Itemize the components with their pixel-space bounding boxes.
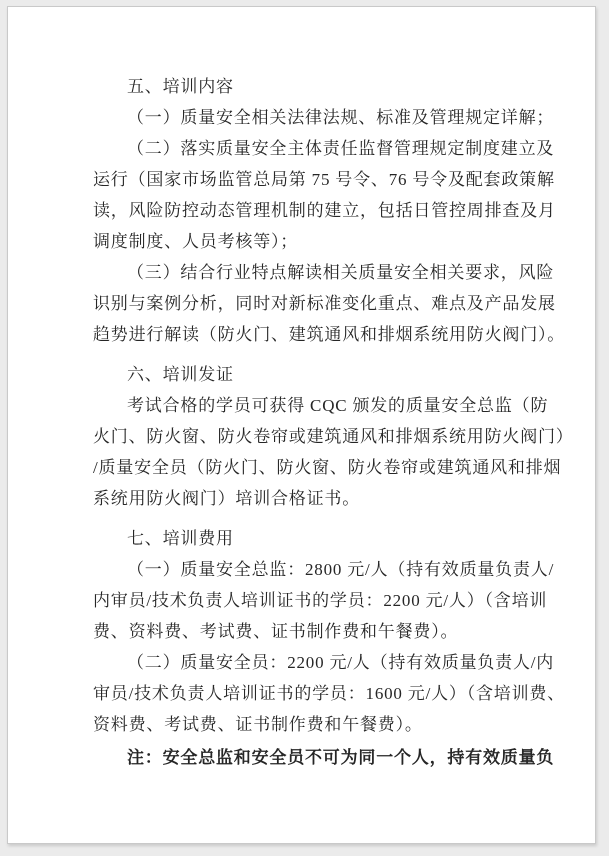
section-heading-training-content: 五、培训内容 <box>93 71 535 102</box>
doc-line: （二）落实质量安全主体责任监督管理规定制度建立及 <box>93 133 535 164</box>
doc-line: （一）质量安全相关法律法规、标准及管理规定详解； <box>93 102 535 133</box>
document-page: 五、培训内容 （一）质量安全相关法律法规、标准及管理规定详解； （二）落实质量安… <box>7 6 596 844</box>
document-text-block: 五、培训内容 （一）质量安全相关法律法规、标准及管理规定详解； （二）落实质量安… <box>8 7 595 773</box>
section-heading-fees: 七、培训费用 <box>93 523 535 554</box>
doc-line: /质量安全员（防火门、防火窗、防火卷帘或建筑通风和排烟 <box>93 452 535 483</box>
doc-line: （一）质量安全总监：2800 元/人（持有效质量负责人/ <box>93 554 535 585</box>
doc-line: 资料费、考试费、证书制作费和午餐费）。 <box>93 709 535 740</box>
doc-note-line: 注：安全总监和安全员不可为同一个人，持有效质量负 <box>93 742 535 773</box>
section-heading-certification: 六、培训发证 <box>93 359 535 390</box>
doc-line: 识别与案例分析，同时对新标准变化重点、难点及产品发展 <box>93 288 535 319</box>
doc-line: 调度制度、人员考核等）； <box>93 226 535 257</box>
doc-line: 费、资料费、考试费、证书制作费和午餐费）。 <box>93 616 535 647</box>
doc-line: 系统用防火阀门）培训合格证书。 <box>93 483 535 514</box>
doc-line: （三）结合行业特点解读相关质量安全相关要求，风险 <box>93 257 535 288</box>
doc-line: （二）质量安全员：2200 元/人（持有效质量负责人/内 <box>93 647 535 678</box>
doc-line: 趋势进行解读（防火门、建筑通风和排烟系统用防火阀门）。 <box>93 319 535 350</box>
doc-line: 审员/技术负责人培训证书的学员：1600 元/人）（含培训费、 <box>93 678 535 709</box>
doc-line: 运行（国家市场监管总局第 75 号令、76 号令及配套政策解 <box>93 164 535 195</box>
doc-line: 读，风险防控动态管理机制的建立，包括日管控周排查及月 <box>93 195 535 226</box>
doc-line: 考试合格的学员可获得 CQC 颁发的质量安全总监（防 <box>93 390 535 421</box>
doc-line: 火门、防火窗、防火卷帘或建筑通风和排烟系统用防火阀门） <box>93 421 535 452</box>
doc-line: 内审员/技术负责人培训证书的学员：2200 元/人）（含培训 <box>93 585 535 616</box>
